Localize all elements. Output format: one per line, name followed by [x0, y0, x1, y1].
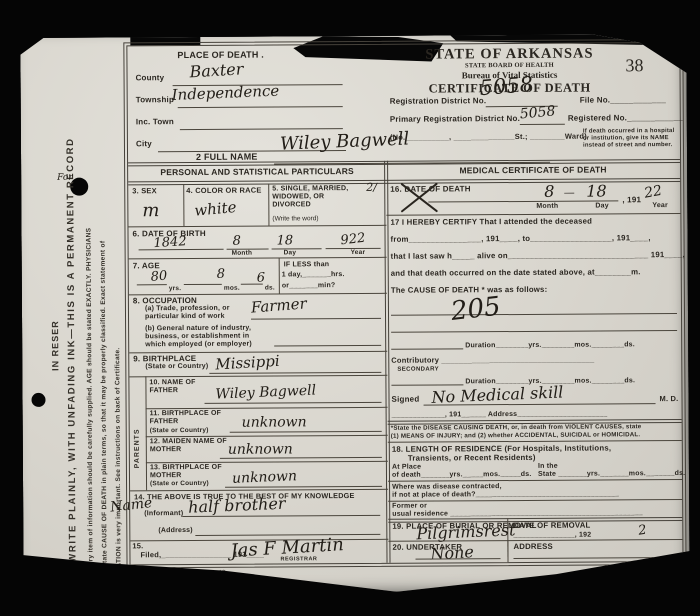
rule: [145, 376, 147, 490]
right-section-title: MEDICAL CERTIFICATE OF DEATH: [386, 165, 680, 177]
file-no-label: File No.____________: [580, 95, 666, 105]
registrar-signature: Jas F Martin: [230, 536, 344, 561]
margin-form-word: For: [57, 174, 73, 183]
dob-year-value: 922: [340, 232, 366, 248]
marital-label: 5. SINGLE, MARRIED, WIDOWED, OR DIVORCED: [272, 185, 360, 210]
undertaker-value: None: [430, 544, 474, 563]
left-section-title: PERSONAL AND STATISTICAL PARTICULARS: [128, 167, 386, 178]
father-name-label: 10. NAME OF FATHER: [149, 379, 219, 396]
father-birthplace-label: 11. BIRTHPLACE OF FATHER: [150, 410, 230, 427]
hospital-note: If death occurred in a hospital or insti…: [583, 128, 675, 149]
rule: [428, 200, 618, 202]
dod-month-value: 8: [544, 184, 554, 200]
sex-label: 3. SEX: [132, 187, 157, 196]
occupation-a-label: (a) Trade, profession, or particular kin…: [145, 305, 249, 322]
parents-label: PARENTS: [134, 398, 141, 468]
signed-label: Signed: [391, 395, 419, 404]
sex-value: m: [142, 202, 159, 220]
dob-day-label: Day: [284, 249, 297, 257]
rule: [195, 534, 380, 536]
cause-of-death-value: 205: [450, 294, 502, 325]
rule: [225, 486, 382, 488]
informant-value: half brother: [188, 496, 286, 516]
rule: [182, 515, 380, 517]
rule: [513, 557, 673, 559]
dod-year-printed: , 191: [622, 195, 641, 204]
age-ds-label: ds.: [265, 284, 275, 292]
rule: [520, 124, 565, 125]
former-residence-label1: Former or: [392, 503, 427, 511]
rule: [180, 128, 343, 130]
rule: [146, 461, 388, 463]
county-value: Baxter: [189, 61, 244, 80]
place-of-death-label: PLACE OF DEATH .: [177, 50, 264, 61]
rule: [279, 257, 280, 293]
age-mos-label: mos.: [224, 285, 240, 293]
burial-value: Pilgrimsrest: [416, 522, 516, 542]
dod-day-value: 18: [586, 183, 606, 199]
rule: [268, 184, 269, 226]
rule: [230, 431, 382, 433]
occupation-b-label: (b) General nature of industry, business…: [145, 325, 271, 350]
in-state-label1: In the: [538, 463, 558, 471]
in-state-label2: State _______yrs._______mos._______ds.: [538, 470, 685, 479]
race-label: 4. COLOR OR RACE: [186, 187, 261, 196]
marital-sub-label: (Write the word): [272, 215, 318, 223]
dob-day-value: 18: [277, 234, 294, 247]
primary-registration-label: Primary Registration District No.: [390, 114, 520, 124]
birthplace-value: Missippi: [215, 354, 280, 373]
rule: [391, 330, 677, 333]
undertaker-address-label: ADDRESS: [513, 543, 553, 552]
footnote-line2: (1) MEANS OF INJURY; and (2) whether ACC…: [391, 431, 641, 440]
certificate-number: 38: [625, 55, 643, 76]
certify-line1: 17 I HEREBY CERTIFY That I attended the …: [390, 218, 592, 228]
dod-dash: —: [564, 188, 574, 200]
rule: [128, 225, 386, 228]
margin-stamp-partial: IN RESER: [50, 296, 60, 371]
mother-name-value: unknown: [228, 442, 293, 456]
age-months-value: 8: [217, 268, 225, 281]
certify-line4: and that death occurred on the date stat…: [391, 268, 641, 278]
contributory-label: Contributory ___________________________…: [391, 356, 594, 366]
occupation-a-value: Farmer: [250, 296, 307, 315]
rule: [274, 345, 381, 347]
at-place-label2: of death_______yrs._____mos._____ds.: [392, 471, 532, 480]
dod-year-script: 22: [643, 184, 663, 201]
if-less-line3: or_______min?: [282, 282, 336, 290]
removal-year-script: 2: [637, 524, 647, 538]
street-ward-line: (No.__________, ______________St.; _____…: [390, 133, 587, 143]
registered-no-label: Registered No.____________: [568, 113, 683, 123]
dod-month-label: Month: [536, 203, 558, 211]
signed-value: No Medical skill: [431, 384, 563, 405]
if-less-line1: IF LESS than: [284, 261, 330, 269]
rule: [129, 375, 387, 378]
at-place-label1: At Place: [392, 464, 421, 472]
registration-district-label: Registration District No.: [390, 96, 487, 106]
city-label: City: [136, 139, 152, 148]
dob-year-label: Year: [351, 249, 366, 257]
duration-line1: Duration________yrs.________mos.________…: [465, 341, 635, 350]
secondary-label: SECONDARY: [397, 366, 439, 373]
margin-write-plainly: WRITE PLAINLY, WITH UNFADING INK—THIS IS…: [65, 98, 79, 563]
mother-birthplace-value: unknown: [232, 469, 297, 486]
certificate-form: PLACE OF DEATH . County Baxter Township …: [126, 42, 683, 565]
rule: [220, 457, 382, 459]
father-birthplace-value: unknown: [242, 415, 307, 429]
rule: [139, 249, 224, 251]
rule: [251, 318, 381, 320]
inc-town-label: Inc. Town: [136, 117, 174, 126]
rule: [205, 402, 382, 404]
rule: [184, 284, 222, 285]
race-value: white: [194, 200, 237, 219]
hole-punch: [31, 393, 45, 407]
rule: [386, 213, 680, 216]
form-number-footer: Form V. S. No. 4—100m— 13.: [134, 569, 228, 578]
md-label: M. D.: [660, 395, 679, 404]
township-label: Township: [136, 95, 174, 104]
dob-month-label: Month: [232, 250, 253, 258]
rule: [391, 313, 677, 316]
certify-line2: from________________, 191____, to_______…: [391, 234, 651, 245]
margin-nb-line2: should state CAUSE OF DEATH in plain ter…: [98, 48, 108, 593]
rule: [137, 284, 167, 285]
dob-month-value: 8: [233, 235, 241, 248]
rule: [391, 384, 463, 385]
mother-name-label: 12. MAIDEN NAME OF MOTHER: [150, 438, 238, 455]
signed-address-line: _____________, 191______ Address________…: [392, 410, 608, 419]
date-of-removal-label: DATE OF REMOVAL: [513, 522, 590, 531]
rule: [129, 257, 387, 260]
dod-day-label: Day: [595, 202, 609, 210]
mother-birthplace-label: 13. BIRTHPLACE OF MOTHER: [150, 464, 236, 481]
father-birthplace-sub: (State or Country): [150, 427, 209, 435]
address-label: (Address): [158, 527, 193, 535]
dod-year-label: Year: [652, 202, 668, 210]
item18-line2: Transients, or Recent Residents): [408, 454, 536, 464]
certificate-paper: IN RESER WRITE PLAINLY, WITH UNFADING IN…: [20, 34, 689, 594]
rule: [507, 540, 508, 562]
county-label: County: [136, 73, 165, 82]
rule: [146, 407, 388, 409]
township-value: Independence: [171, 84, 279, 103]
birthplace-sub-label: (State or Country): [145, 363, 208, 371]
rule: [146, 435, 388, 437]
rule: [129, 293, 387, 296]
margin-nb-line1: N. B. Every item of information should b…: [84, 48, 94, 593]
marital-mark: 2∕: [366, 182, 377, 193]
certify-line3: that I last saw h_____ alive on_________…: [391, 251, 685, 262]
primary-registration-value: 5058: [519, 104, 556, 121]
if-less-line2: 1 day,_______hrs.: [282, 271, 345, 279]
registration-district-value: 5058: [479, 74, 534, 99]
dob-value: 1842: [153, 235, 187, 250]
where-contracted-label2: if not at place of death?_______________…: [392, 490, 619, 499]
rule: [388, 440, 682, 443]
scan-background: IN RESER WRITE PLAINLY, WITH UNFADING IN…: [0, 0, 700, 616]
age-years-value: 80: [150, 270, 167, 284]
mother-birthplace-sub: (State or Country): [150, 480, 209, 488]
age-yrs-label: yrs.: [169, 285, 181, 293]
rule: [183, 184, 184, 226]
rule: [241, 284, 263, 285]
rule: [209, 372, 381, 374]
rule: [391, 348, 463, 349]
rule: [178, 106, 343, 108]
father-name-value: Wiley Bagwell: [215, 383, 316, 401]
